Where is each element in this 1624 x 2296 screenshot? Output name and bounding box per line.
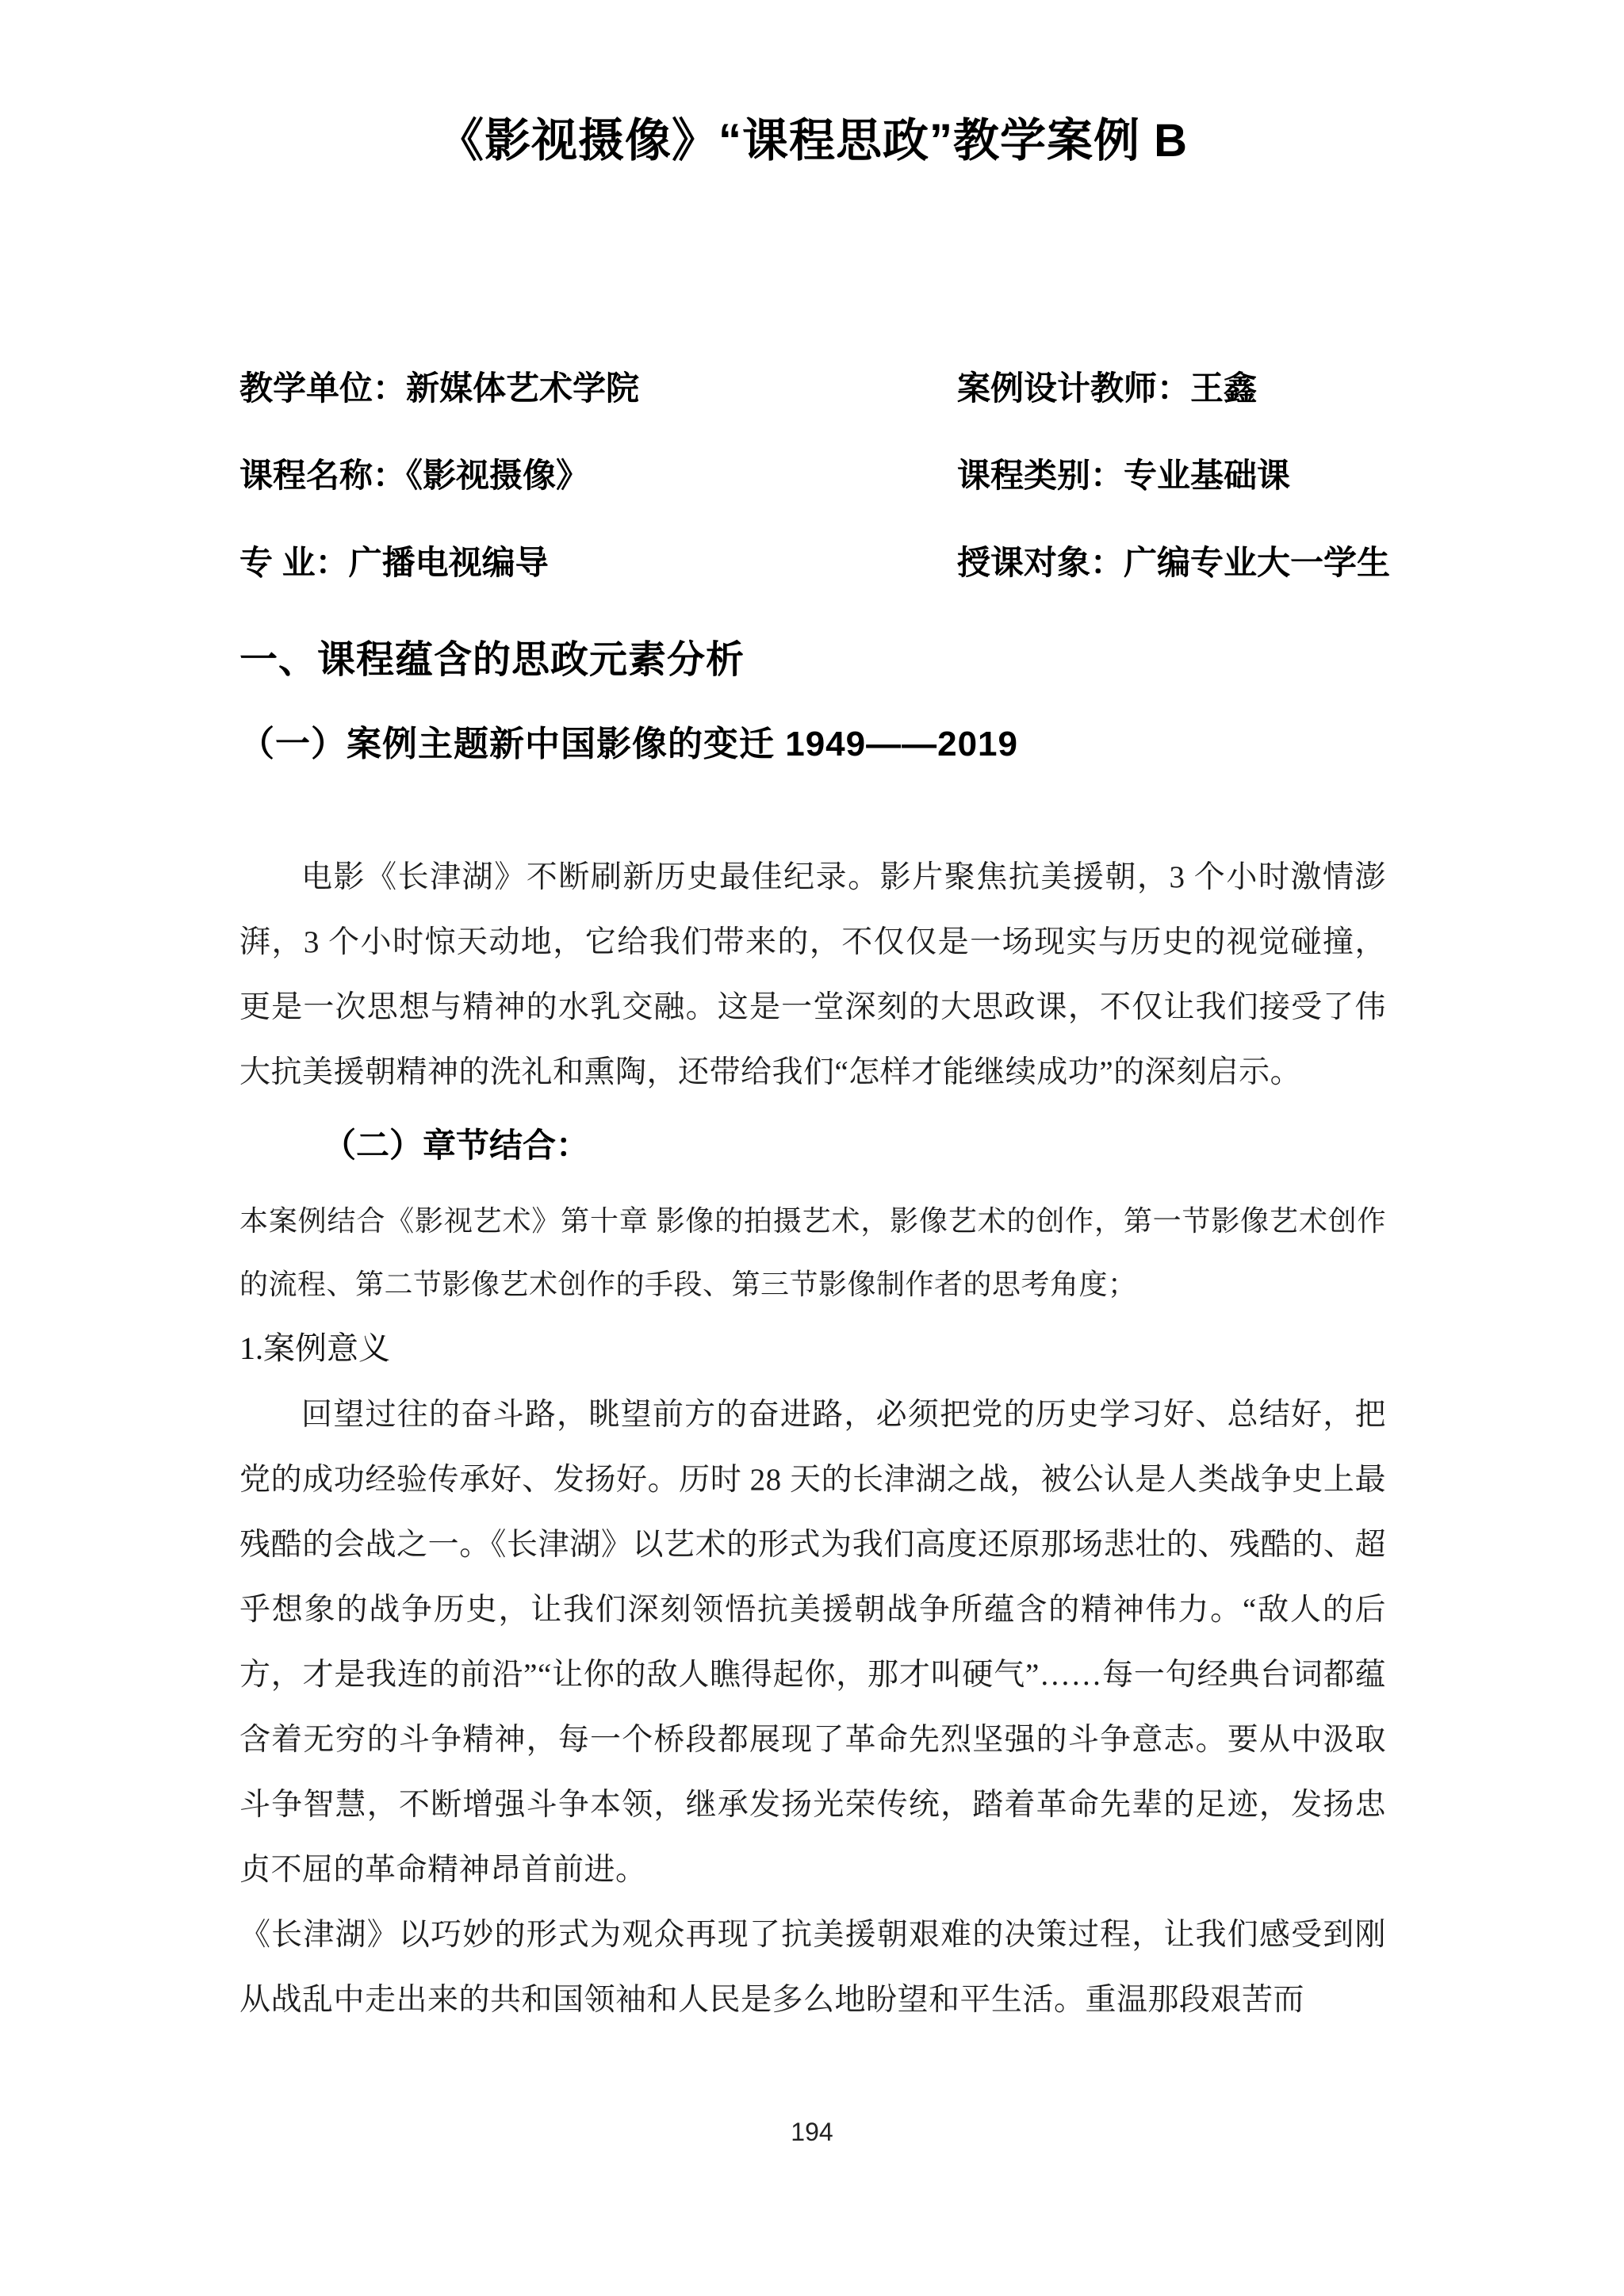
subsection-heading-chapter-link: （二）章节结合： bbox=[239, 1123, 1386, 1169]
paragraph-intro: 电影《长津湖》不断刷新历史最佳纪录。影片聚焦抗美援朝，3 个小时激情澎湃，3 个… bbox=[239, 845, 1386, 1105]
paragraph-chapter-link: 本案例结合《影视艺术》第十章 影像的拍摄艺术，影像艺术的创作，第一节影像艺术创作… bbox=[239, 1189, 1386, 1316]
meta-row: 教学单位：新媒体艺术学院 案例设计教师：王鑫 bbox=[239, 368, 1386, 409]
subsection-heading-case-theme: （一）案例主题新中国影像的变迁 1949——2019 bbox=[239, 720, 1386, 769]
paragraph-movie-decision: 《长津湖》以巧妙的形式为观众再现了抗美援朝艰难的决策过程，让我们感受到刚从战乱中… bbox=[239, 1903, 1386, 2033]
document-title: 《影视摄像》“课程思政”教学案例 B bbox=[239, 109, 1386, 173]
field-course-name: 课程名称：《影视摄像》 bbox=[239, 457, 589, 494]
field-course-category: 课程类别：专业基础课 bbox=[957, 455, 1290, 496]
document-page: 《影视摄像》“课程思政”教学案例 B 教学单位：新媒体艺术学院 案例设计教师：王… bbox=[0, 0, 1624, 2296]
page-number: 194 bbox=[0, 2118, 1624, 2147]
subheading-case-significance: 1.案例意义 bbox=[239, 1324, 1386, 1373]
section-heading-ideological-elements: 一、课程蕴含的思政元素分析 bbox=[239, 636, 1386, 685]
field-audience: 授课对象：广编专业大一学生 bbox=[957, 542, 1390, 584]
field-teaching-unit: 教学单位：新媒体艺术学院 bbox=[239, 369, 639, 407]
meta-info-block: 教学单位：新媒体艺术学院 案例设计教师：王鑫 课程名称：《影视摄像》 课程类别：… bbox=[239, 368, 1386, 584]
field-major: 专 业：广播电视编导 bbox=[239, 544, 549, 581]
meta-row: 课程名称：《影视摄像》 课程类别：专业基础课 bbox=[239, 455, 1386, 496]
paragraph-case-significance: 回望过往的奋斗路，眺望前方的奋进路，必须把党的历史学习好、总结好，把党的成功经验… bbox=[239, 1383, 1386, 1903]
meta-row: 专 业：广播电视编导 授课对象：广编专业大一学生 bbox=[239, 542, 1386, 584]
field-case-designer: 案例设计教师：王鑫 bbox=[957, 368, 1257, 409]
